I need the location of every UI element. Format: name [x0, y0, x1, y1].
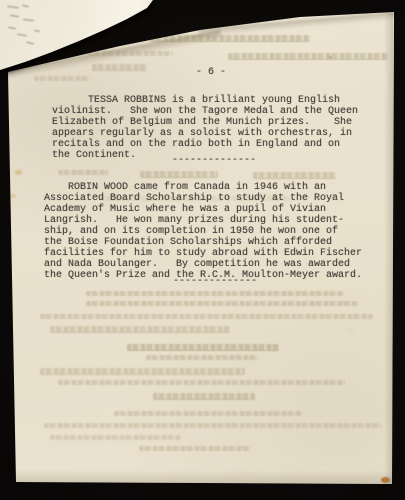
bleed-through-line — [58, 380, 345, 385]
bleed-through-line — [50, 435, 181, 440]
turned-page-text-mark — [7, 5, 19, 9]
stain — [10, 194, 16, 198]
bleed-through-line — [127, 344, 279, 351]
stain — [346, 327, 354, 334]
bleed-through-line — [44, 423, 381, 428]
bleed-through-line — [50, 326, 230, 333]
bleed-through-line — [114, 411, 302, 416]
bleed-through-line — [140, 171, 218, 178]
bleed-through-line — [58, 170, 108, 175]
turned-page-surface — [0, 0, 180, 90]
bleed-through-line — [86, 291, 344, 296]
bleed-through-line — [146, 355, 258, 360]
dashed-separator-1: -------------- — [172, 156, 256, 166]
page-number: - 6 - — [196, 67, 226, 78]
stain — [329, 56, 332, 59]
bleed-through-line — [153, 393, 255, 400]
bleed-through-line — [253, 172, 336, 179]
bleed-through-line — [86, 301, 358, 306]
turned-page-text-mark — [26, 41, 34, 45]
top-edge-shadow — [198, 11, 403, 37]
turned-page-text-mark — [10, 14, 19, 18]
stain — [381, 477, 390, 483]
right-edge-shadow — [384, 10, 393, 486]
bleed-through-line — [139, 446, 251, 451]
bleed-through-line — [40, 314, 373, 319]
turned-page-text-mark — [23, 18, 34, 21]
paragraph-robin-wood: ROBIN WOOD came from Canada in 1946 with… — [44, 182, 362, 281]
bleed-through-line — [40, 368, 245, 375]
turned-page-text-mark — [17, 33, 27, 36]
bottom-edge-shadow — [10, 470, 392, 484]
photographed-scrapbook-page: - 6 - TESSA ROBBINS is a brilliant young… — [0, 0, 405, 500]
turned-page-corner — [0, 0, 180, 90]
stain — [15, 170, 22, 175]
turned-page-text-mark — [8, 26, 16, 30]
paragraph-tessa-robbins: TESSA ROBBINS is a brilliant young Engli… — [52, 95, 358, 161]
bleed-through-line — [228, 53, 388, 60]
turned-page-text-mark — [34, 29, 40, 32]
turned-page-text-mark — [22, 4, 29, 8]
dashed-separator-2: -------------- — [173, 277, 257, 287]
